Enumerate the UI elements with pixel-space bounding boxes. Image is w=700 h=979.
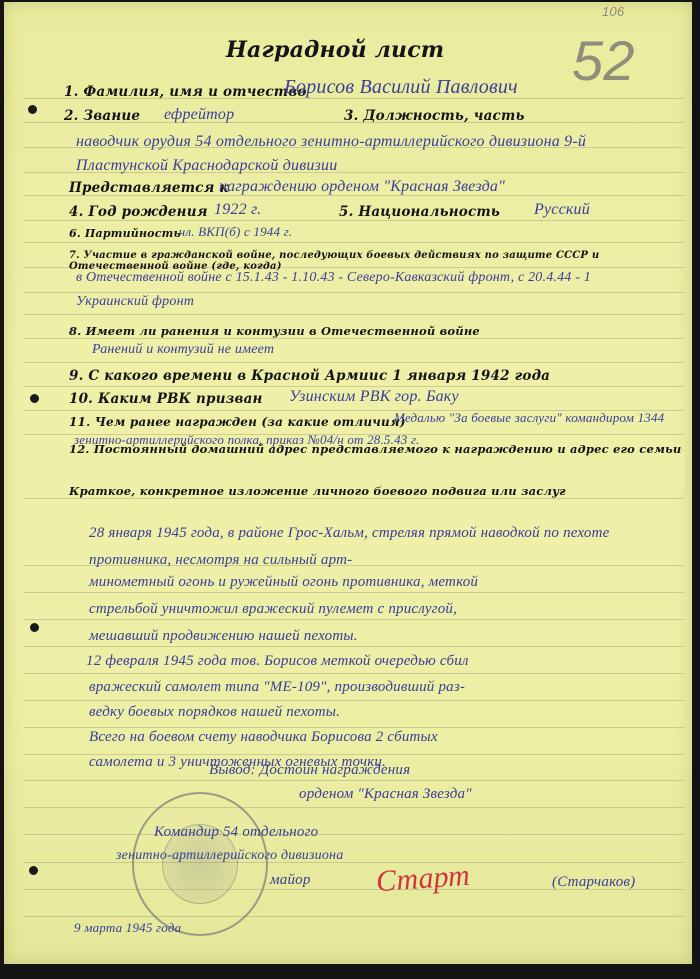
field-label-rank: 2. Звание [64, 108, 140, 124]
field-label-service-since: 9. С какого времени в Красной Армии [69, 368, 379, 384]
field-label-nominated: Представляется к [69, 180, 229, 196]
field-label-birth-year: 4. Год рождения [69, 204, 208, 220]
narrative-line: 12 февраля 1945 года тов. Борисов меткой… [86, 653, 469, 670]
narrative-line: 28 января 1945 года, в районе Грос-Хальм… [89, 520, 629, 574]
signature: Старт [375, 859, 471, 899]
conclusion-line: Вывод: Достоин награждения [209, 762, 410, 779]
official-stamp [132, 792, 268, 936]
field-label-party: 6. Партийность [69, 227, 181, 240]
punch-hole [30, 623, 39, 632]
field-value-birth-year: 1922 г. [214, 201, 261, 219]
field-value-service-since: с 1 января 1942 года [379, 368, 550, 384]
page-title: Наградной лист [226, 37, 444, 63]
punch-hole [29, 866, 38, 875]
narrative-line: минометный огонь и ружейный огонь против… [89, 574, 478, 591]
narrative-line: ведку боевых порядков нашей пехоты. [89, 704, 340, 721]
conclusion-line: орденом "Красная Звезда" [299, 786, 472, 803]
punch-hole [28, 105, 37, 114]
commander-unit: зенитно-артиллерийского дивизиона [116, 848, 343, 864]
field-value-name: Борисов Василий Павлович [284, 76, 518, 99]
field-value-wounds: Ранений и контузий не имеет [92, 342, 274, 358]
narrative-line: Всего на боевом счету наводчика Борисова… [89, 729, 438, 746]
field-value-nominated: награждению орденом "Красная Звезда" [219, 178, 505, 196]
field-label-nationality: 5. Национальность [339, 204, 500, 220]
field-label-position: 3. Должность, часть [344, 108, 525, 124]
commander-name: (Старчаков) [552, 874, 635, 891]
narrative-line: мешавший продвижению нашей пехоты. [89, 628, 358, 645]
field-label-address: 12. Постоянный домашний адрес представля… [69, 442, 681, 456]
document-date: 9 марта 1945 года [74, 920, 181, 936]
commander-rank: майор [270, 872, 311, 889]
section-header: Краткое, конкретное изложение личного бо… [69, 484, 566, 498]
field-label-name: 1. Фамилия, имя и отчество [64, 84, 307, 100]
award-sheet: 106 52 Наградной лист 1. Фамилия, имя и … [4, 2, 692, 964]
field-value-position: наводчик орудия 54 отдельного зенитно-ар… [76, 130, 636, 178]
field-label-wounds: 8. Имеет ли ранения и контузии в Отечест… [69, 324, 480, 338]
narrative-line: стрельбой уничтожил вражеский пулемет с … [89, 601, 457, 618]
field-value-party: чл. ВКП(б) с 1944 г. [179, 224, 292, 240]
folio-number: 106 [602, 4, 624, 19]
punch-hole [30, 394, 39, 403]
field-value-conscripted: Узинским РВК гор. Баку [289, 388, 459, 406]
field-value-rank: ефрейтор [164, 106, 234, 124]
narrative-line: вражеский самолет типа "МЕ-109", произво… [89, 679, 465, 696]
archive-number: 52 [572, 28, 635, 93]
field-label-conscripted: 10. Каким РВК призван [69, 391, 263, 407]
field-value-nationality: Русский [534, 201, 590, 219]
field-value-wars: в Отечественной войне с 15.1.43 - 1.10.4… [76, 266, 636, 314]
commander-title: Командир 54 отдельного [154, 824, 318, 841]
